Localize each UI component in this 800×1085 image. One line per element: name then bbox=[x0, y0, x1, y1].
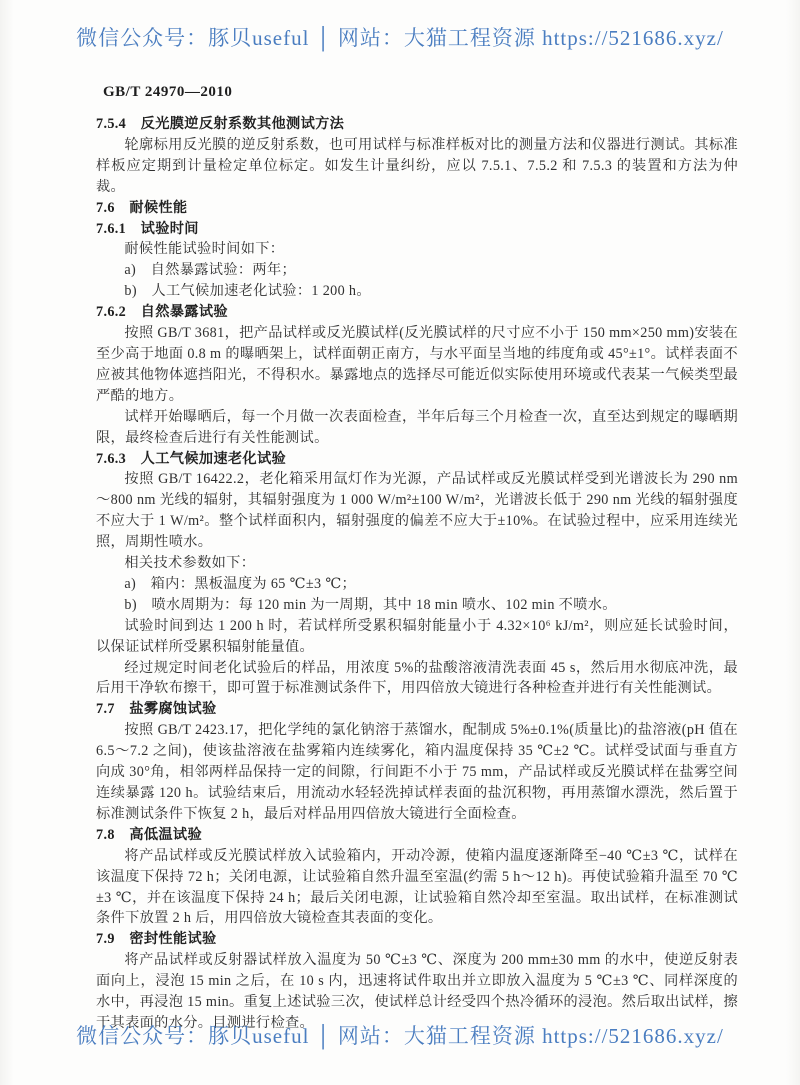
paragraph: 试样开始曝晒后，每一个月做一次表面检查，半年后每三个月检查一次，直至达到规定的曝… bbox=[96, 407, 738, 449]
paragraph: 耐候性能试验时间如下： bbox=[96, 239, 738, 260]
watermark-top: 微信公众号：豚贝useful │ 网站：大猫工程资源 https://52168… bbox=[0, 22, 800, 52]
section-heading: 7.8 高低温试验 bbox=[96, 825, 738, 846]
paragraph: 按照 GB/T 3681，把产品试样或反光膜试样(反光膜试样的尺寸应不小于 15… bbox=[96, 323, 738, 407]
section-heading: 7.7 盐雾腐蚀试验 bbox=[96, 699, 738, 720]
scanned-page: 微信公众号：豚贝useful │ 网站：大猫工程资源 https://52168… bbox=[0, 0, 800, 1085]
paragraph: 试验时间到达 1 200 h 时，若试样所受累积辐射能量小于 4.32×10⁶ … bbox=[96, 616, 738, 658]
paragraph: 经过规定时间老化试验后的样品，用浓度 5%的盐酸溶液清洗表面 45 s，然后用水… bbox=[96, 658, 738, 700]
paragraph: 相关技术参数如下： bbox=[96, 553, 738, 574]
section-heading: 7.6.1 试验时间 bbox=[96, 219, 738, 240]
list-item: a) 自然暴露试验：两年； bbox=[96, 260, 738, 281]
list-item: b) 人工气候加速老化试验：1 200 h。 bbox=[96, 281, 738, 302]
standard-number: GB/T 24970—2010 bbox=[103, 84, 232, 101]
paragraph: 轮廓标用反光膜的逆反射系数，也可用试样与标准样板对比的测量方法和仪器进行测试。其… bbox=[96, 135, 738, 198]
paragraph: 按照 GB/T 2423.17，把化学纯的氯化钠溶于蒸馏水，配制成 5%±0.1… bbox=[96, 720, 738, 825]
section-heading: 7.6.3 人工气候加速老化试验 bbox=[96, 449, 738, 470]
paragraph: 将产品试样或反光膜试样放入试验箱内，开动冷源，使箱内温度逐渐降至−40 ℃±3 … bbox=[96, 846, 738, 930]
section-heading: 7.6 耐候性能 bbox=[96, 198, 738, 219]
watermark-bottom: 微信公众号：豚贝useful │ 网站：大猫工程资源 https://52168… bbox=[0, 1020, 800, 1050]
list-item: b) 喷水周期为：每 120 min 为一周期，其中 18 min 喷水、102… bbox=[96, 595, 738, 616]
paragraph: 按照 GB/T 16422.2，老化箱采用氙灯作为光源，产品试样或反光膜试样受到… bbox=[96, 469, 738, 553]
section-heading: 7.9 密封性能试验 bbox=[96, 929, 738, 950]
list-item: a) 箱内：黑板温度为 65 ℃±3 ℃； bbox=[96, 574, 738, 595]
document-body: 7.5.4 反光膜逆反射系数其他测试方法轮廓标用反光膜的逆反射系数，也可用试样与… bbox=[96, 114, 738, 1034]
section-heading: 7.6.2 自然暴露试验 bbox=[96, 302, 738, 323]
section-heading: 7.5.4 反光膜逆反射系数其他测试方法 bbox=[96, 114, 738, 135]
